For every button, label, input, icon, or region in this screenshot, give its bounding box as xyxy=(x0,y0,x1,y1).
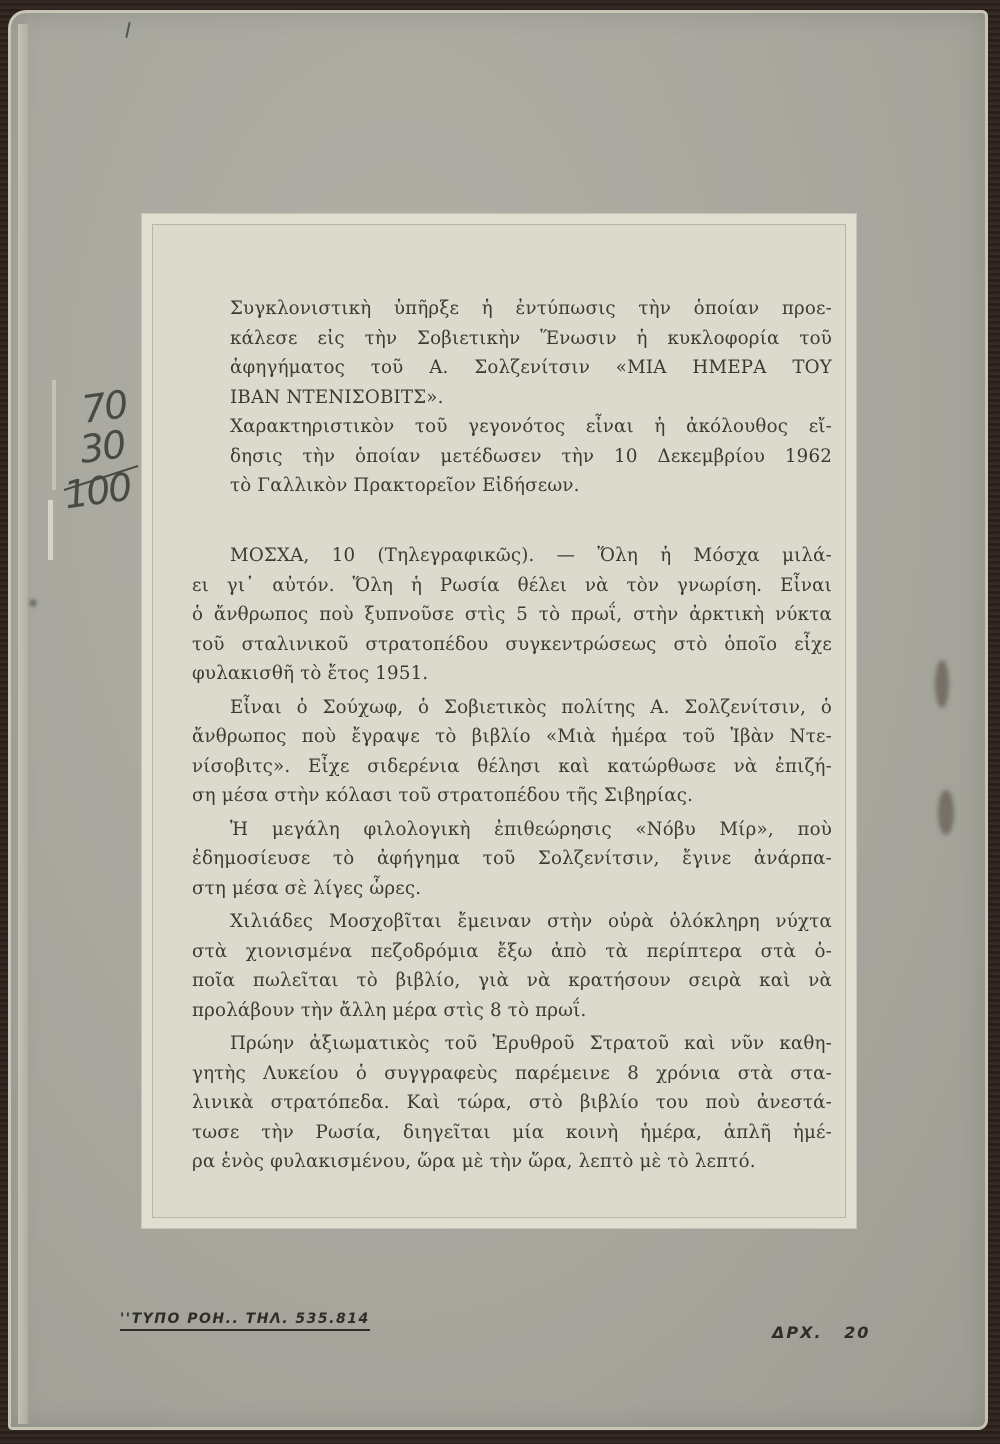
stain xyxy=(938,790,954,835)
text-line: Χαρακτηριστικὸν τοῦ γεγονότος εἶναι ἡ ἀκ… xyxy=(230,412,832,442)
text-line: γητὴς Λυκείου ὁ συγγραφεὺς παρέμεινε 8 χ… xyxy=(192,1059,832,1089)
text-line: νίσοβιτς». Εἶχε σιδερένια θέλησι καὶ κατ… xyxy=(192,752,832,782)
text-line: Ἡ μεγάλη φιλολογικὴ ἐπιθεώρησις «Νόβυ Μί… xyxy=(192,815,832,845)
news-paragraph: ΜΟΣΧΑ, 10 (Τηλεγραφικῶς). — Ὅλη ἡ Μόσχα … xyxy=(192,541,832,689)
text-line: ὁ ἄνθρωπος ποὺ ξυπνοῦσε στὶς 5 τὸ πρωΐ, … xyxy=(192,600,832,630)
text-line: λινικὰ στρατόπεδα. Καὶ τώρα, στὸ βιβλίο … xyxy=(192,1088,832,1118)
news-dispatch-text: ΜΟΣΧΑ, 10 (Τηλεγραφικῶς). — Ὅλη ἡ Μόσχα … xyxy=(192,541,832,1181)
cover-scuff xyxy=(48,500,53,560)
text-line: τωσε τὴν Ρωσία, διηγεῖται μία κοινὴ ἡμέρ… xyxy=(192,1118,832,1148)
intro-text: Συγκλονιστικὴ ὑπῆρξε ἡ ἐντύπωσις τὴν ὁπο… xyxy=(230,294,832,501)
text-line: Χιλιάδες Μοσχοβῖται ἔμειναν στὴν οὐρὰ ὁλ… xyxy=(192,907,832,937)
text-line: προλάβουν τὴν ἄλλη μέρα στὶς 8 τὸ πρωΐ. xyxy=(192,996,832,1026)
text-line: τοῦ σταλινικοῦ στρατοπέδου συγκεντρώσεως… xyxy=(192,630,832,660)
price-label: ΔΡΧ. 20 xyxy=(772,1323,870,1342)
printer-imprint: ''ΤΥΠΟ ΡΟΗ.. ΤΗΛ. 535.814 xyxy=(120,1311,370,1331)
text-line: ποῖα πωλεῖται τὸ βιβλίο, γιὰ νὰ κρατήσου… xyxy=(192,966,832,996)
text-line: Συγκλονιστικὴ ὑπῆρξε ἡ ἐντύπωσις τὴν ὁπο… xyxy=(230,294,832,324)
handwritten-number: 30 xyxy=(77,422,127,472)
text-line: ρα ἑνὸς φυλακισμένου, ὥρα μὲ τὴν ὥρα, λε… xyxy=(192,1147,832,1177)
text-line: ἄνθρωπος ποὺ ἔγραψε τὸ βιβλίο «Μιὰ ἡμέρα… xyxy=(192,722,832,752)
text-line: στη μέσα σὲ λίγες ὧρες. xyxy=(192,874,832,904)
news-paragraph: Χιλιάδες Μοσχοβῖται ἔμειναν στὴν οὐρὰ ὁλ… xyxy=(192,907,832,1025)
text-line: ἐδημοσίευσε τὸ ἀφήγημα τοῦ Σολζενίτσιν, … xyxy=(192,844,832,874)
intro-paragraph: Χαρακτηριστικὸν τοῦ γεγονότος εἶναι ἡ ἀκ… xyxy=(230,412,832,501)
text-line: τὸ Γαλλικὸν Πρακτορεῖον Εἰδήσεων. xyxy=(230,471,832,501)
text-line: φυλακισθῆ τὸ ἔτος 1951. xyxy=(192,659,832,689)
text-line: δησις τὴν ὁποίαν μετέδωσεν τὴν 10 Δεκεμβ… xyxy=(230,442,832,472)
text-line: ΙΒΑΝ ΝΤΕΝΙΣΟΒΙΤΣ». xyxy=(230,383,832,413)
news-paragraph: Εἶναι ὁ Σούχωφ, ὁ Σοβιετικὸς πολίτης Α. … xyxy=(192,693,832,811)
cover-spine-fold xyxy=(18,24,28,1424)
text-line: ἀφηγήματος τοῦ Α. Σολζενίτσιν «ΜΙΑ ΗΜΕΡΑ… xyxy=(230,353,832,383)
stain xyxy=(935,660,949,708)
handwritten-total: 100 xyxy=(61,465,133,518)
news-paragraph: Πρώην ἀξιωματικὸς τοῦ Ἐρυθροῦ Στρατοῦ κα… xyxy=(192,1029,832,1177)
news-paragraph: Ἡ μεγάλη φιλολογικὴ ἐπιθεώρησις «Νόβυ Μί… xyxy=(192,815,832,904)
text-line: Εἶναι ὁ Σούχωφ, ὁ Σοβιετικὸς πολίτης Α. … xyxy=(192,693,832,723)
intro-paragraph: Συγκλονιστικὴ ὑπῆρξε ἡ ἐντύπωσις τὴν ὁπο… xyxy=(230,294,832,412)
stain xyxy=(30,600,36,606)
text-line: ει γι᾿ αὐτόν. Ὅλη ἡ Ρωσία θέλει νὰ τὸν γ… xyxy=(192,571,832,601)
text-line: Πρώην ἀξιωματικὸς τοῦ Ἐρυθροῦ Στρατοῦ κα… xyxy=(192,1029,832,1059)
text-line: ση μέσα στὴν κόλασι τοῦ στρατοπέδου τῆς … xyxy=(192,781,832,811)
text-line: ΜΟΣΧΑ, 10 (Τηλεγραφικῶς). — Ὅλη ἡ Μόσχα … xyxy=(192,541,832,571)
text-line: στὰ χιονισμένα πεζοδρόμια ἔξω ἀπὸ τὰ περ… xyxy=(192,937,832,967)
cover-scuff xyxy=(52,380,56,490)
text-line: κάλεσε εἰς τὴν Σοβιετικὴν Ἕνωσιν ἡ κυκλο… xyxy=(230,324,832,354)
